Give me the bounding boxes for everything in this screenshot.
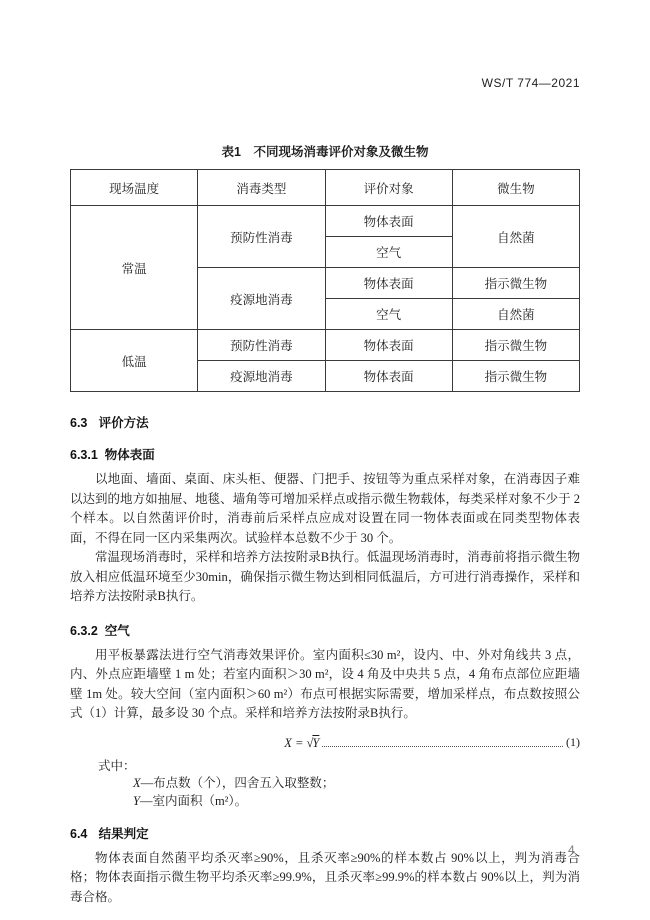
cell-temp-low: 低温 — [71, 330, 198, 392]
paragraph-air: 用平板暴露法进行空气消毒效果评价。室内面积≤30 m²，设内、中、外对角线共 3… — [70, 646, 580, 724]
section-number: 6.3 — [70, 416, 87, 430]
section-heading-6-3-1: 6.3.1物体表面 — [70, 445, 580, 463]
document-page: WS/T 774—2021 表1 不同现场消毒评价对象及微生物 现场温度 消毒类… — [0, 0, 650, 920]
table-title: 表1 不同现场消毒评价对象及微生物 — [70, 142, 580, 160]
cell-target-surface: 物体表面 — [325, 330, 452, 361]
section-title: 结果判定 — [99, 827, 149, 841]
formula-dot-leader — [322, 742, 563, 747]
cell-temp-normal: 常温 — [71, 206, 198, 330]
table-row: 低温 预防性消毒 物体表面 指示微生物 — [71, 330, 580, 361]
var-symbol-y: Y — [133, 794, 140, 808]
cell-target-surface: 物体表面 — [325, 361, 452, 392]
cell-microbe-indicator: 指示微生物 — [452, 330, 579, 361]
col-header-evaluation-target: 评价对象 — [325, 170, 452, 206]
formula-expression: X = √Y — [284, 736, 319, 751]
formula-number: (1) — [566, 735, 580, 751]
paragraph-result-judgment: 物体表面自然菌平均杀灭率≥90%，且杀灭率≥90%的样本数占 90%以上，判为消… — [70, 849, 580, 908]
evaluation-table: 现场温度 消毒类型 评价对象 微生物 常温 预防性消毒 物体表面 自然菌 空气 … — [70, 169, 580, 392]
paragraph-object-surface-1: 以地面、墙面、桌面、床头柜、便器、门把手、按钮等为重点采样对象，在消毒因子难以达… — [70, 470, 580, 548]
section-title: 评价方法 — [99, 416, 149, 430]
col-header-disinfection-type: 消毒类型 — [198, 170, 325, 206]
formula-where-label: 式中： — [98, 756, 580, 774]
table-header-row: 现场温度 消毒类型 评价对象 微生物 — [71, 170, 580, 206]
section-number: 6.3.2 — [70, 624, 98, 638]
page-content: 表1 不同现场消毒评价对象及微生物 现场温度 消毒类型 评价对象 微生物 常温 … — [70, 142, 580, 907]
section-heading-6-4: 6.4结果判定 — [70, 824, 580, 842]
section-number: 6.4 — [70, 827, 87, 841]
section-title: 物体表面 — [105, 448, 155, 462]
col-header-temperature: 现场温度 — [71, 170, 198, 206]
cell-type-preventive: 预防性消毒 — [198, 330, 325, 361]
cell-target-air: 空气 — [325, 299, 452, 330]
cell-type-epidemic: 疫源地消毒 — [198, 361, 325, 392]
section-heading-6-3: 6.3评价方法 — [70, 413, 580, 431]
var-desc-x: —布点数（个），四舍五入取整数； — [141, 776, 335, 790]
cell-microbe-natural: 自然菌 — [452, 299, 579, 330]
page-number: 4 — [568, 843, 575, 857]
cell-microbe-indicator: 指示微生物 — [452, 361, 579, 392]
section-title: 空气 — [105, 624, 130, 638]
table-row: 常温 预防性消毒 物体表面 自然菌 — [71, 206, 580, 237]
var-symbol-x: X — [133, 776, 141, 790]
formula-var-y: Y—室内面积（m²）。 — [133, 792, 580, 811]
cell-type-epidemic: 疫源地消毒 — [198, 268, 325, 330]
cell-microbe-natural: 自然菌 — [452, 206, 579, 268]
formula-var-x: X—布点数（个），四舍五入取整数； — [133, 774, 580, 793]
section-number: 6.3.1 — [70, 448, 98, 462]
doc-number-header: WS/T 774—2021 — [482, 76, 580, 90]
section-heading-6-3-2: 6.3.2空气 — [70, 621, 580, 639]
cell-type-preventive: 预防性消毒 — [198, 206, 325, 268]
cell-target-surface: 物体表面 — [325, 206, 452, 237]
paragraph-object-surface-2: 常温现场消毒时，采样和培养方法按附录B执行。低温现场消毒时，消毒前将指示微生物放… — [70, 548, 580, 607]
var-desc-y: —室内面积（m²）。 — [140, 794, 247, 808]
col-header-microbe: 微生物 — [452, 170, 579, 206]
cell-target-surface: 物体表面 — [325, 268, 452, 299]
cell-target-air: 空气 — [325, 237, 452, 268]
formula-1: X = √Y (1) — [70, 731, 580, 751]
cell-microbe-indicator: 指示微生物 — [452, 268, 579, 299]
